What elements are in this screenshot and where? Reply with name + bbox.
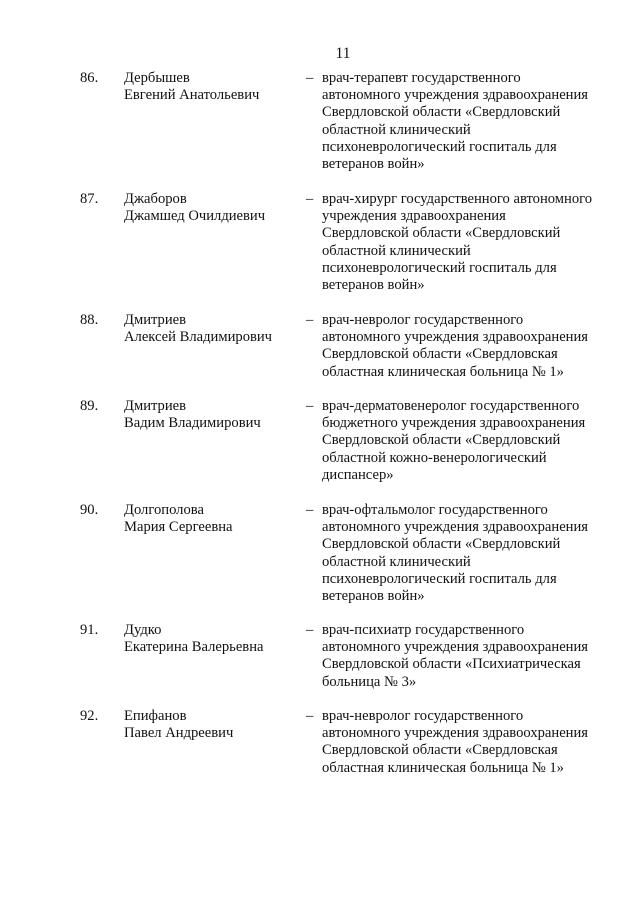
surname: Дербышев	[124, 70, 304, 87]
description-line: врач-терапевт государственного	[322, 70, 622, 87]
description-line: Свердловской области «Свердловская	[322, 742, 622, 759]
description-line: ветеранов войн»	[322, 277, 622, 294]
entry-number: 86.	[80, 70, 98, 87]
description-line: ветеранов войн»	[322, 588, 622, 605]
given-names: Евгений Анатольевич	[124, 87, 304, 104]
person-name: Епифанов Павел Андреевич	[124, 708, 304, 742]
description-line: Свердловской области «Свердловский	[322, 432, 622, 449]
position-description: врач-офтальмолог государственного автоно…	[322, 502, 622, 605]
description-line: областной клинический	[322, 243, 622, 260]
description-line: врач-офтальмолог государственного	[322, 502, 622, 519]
description-line: врач-невролог государственного	[322, 708, 622, 725]
description-line: Свердловской области «Свердловский	[322, 225, 622, 242]
description-line: врач-невролог государственного	[322, 312, 622, 329]
description-line: больница № 3»	[322, 674, 622, 691]
description-line: автономного учреждения здравоохранения	[322, 639, 622, 656]
description-line: Свердловской области «Свердловская	[322, 346, 622, 363]
dash-separator: –	[306, 191, 313, 208]
dash-separator: –	[306, 502, 313, 519]
position-description: врач-дерматовенеролог государственного б…	[322, 398, 622, 484]
person-name: Дмитриев Вадим Владимирович	[124, 398, 304, 432]
description-line: автономного учреждения здравоохранения	[322, 519, 622, 536]
description-line: областной клинический	[322, 122, 622, 139]
description-line: психоневрологический госпиталь для	[322, 571, 622, 588]
description-line: Свердловской области «Свердловский	[322, 536, 622, 553]
description-line: ветеранов войн»	[322, 156, 622, 173]
description-line: бюджетного учреждения здравоохранения	[322, 415, 622, 432]
person-name: Долгополова Мария Сергеевна	[124, 502, 304, 536]
entry-number: 90.	[80, 502, 98, 519]
dash-separator: –	[306, 398, 313, 415]
description-line: автономного учреждения здравоохранения	[322, 725, 622, 742]
description-line: психоневрологический госпиталь для	[322, 139, 622, 156]
entry-number: 91.	[80, 622, 98, 639]
given-names: Екатерина Валерьевна	[124, 639, 304, 656]
entry-number: 87.	[80, 191, 98, 208]
dash-separator: –	[306, 312, 313, 329]
dash-separator: –	[306, 70, 313, 87]
surname: Епифанов	[124, 708, 304, 725]
description-line: автономного учреждения здравоохранения	[322, 329, 622, 346]
entry-number: 88.	[80, 312, 98, 329]
given-names: Мария Сергеевна	[124, 519, 304, 536]
surname: Дудко	[124, 622, 304, 639]
position-description: врач-психиатр государственного автономно…	[322, 622, 622, 691]
description-line: врач-психиатр государственного	[322, 622, 622, 639]
description-line: областная клиническая больница № 1»	[322, 760, 622, 777]
surname: Долгополова	[124, 502, 304, 519]
position-description: врач-хирург государственного автономного…	[322, 191, 622, 294]
description-line: врач-хирург государственного автономного	[322, 191, 622, 208]
description-line: областной кожно-венерологический	[322, 450, 622, 467]
position-description: врач-невролог государственного автономно…	[322, 312, 622, 381]
entry-number: 92.	[80, 708, 98, 725]
given-names: Павел Андреевич	[124, 725, 304, 742]
description-line: Свердловской области «Психиатрическая	[322, 656, 622, 673]
position-description: врач-невролог государственного автономно…	[322, 708, 622, 777]
person-name: Дудко Екатерина Валерьевна	[124, 622, 304, 656]
person-name: Дербышев Евгений Анатольевич	[124, 70, 304, 104]
description-line: психоневрологический госпиталь для	[322, 260, 622, 277]
given-names: Джамшед Очилдиевич	[124, 208, 304, 225]
given-names: Вадим Владимирович	[124, 415, 304, 432]
dash-separator: –	[306, 622, 313, 639]
description-line: автономного учреждения здравоохранения	[322, 87, 622, 104]
description-line: Свердловской области «Свердловский	[322, 104, 622, 121]
surname: Джаборов	[124, 191, 304, 208]
description-line: областной клинический	[322, 554, 622, 571]
person-name: Дмитриев Алексей Владимирович	[124, 312, 304, 346]
description-line: врач-дерматовенеролог государственного	[322, 398, 622, 415]
page-number: 11	[0, 45, 640, 62]
description-line: диспансер»	[322, 467, 622, 484]
entry-number: 89.	[80, 398, 98, 415]
description-line: учреждения здравоохранения	[322, 208, 622, 225]
dash-separator: –	[306, 708, 313, 725]
surname: Дмитриев	[124, 398, 304, 415]
person-name: Джаборов Джамшед Очилдиевич	[124, 191, 304, 225]
given-names: Алексей Владимирович	[124, 329, 304, 346]
surname: Дмитриев	[124, 312, 304, 329]
description-line: областная клиническая больница № 1»	[322, 364, 622, 381]
position-description: врач-терапевт государственного автономно…	[322, 70, 622, 173]
